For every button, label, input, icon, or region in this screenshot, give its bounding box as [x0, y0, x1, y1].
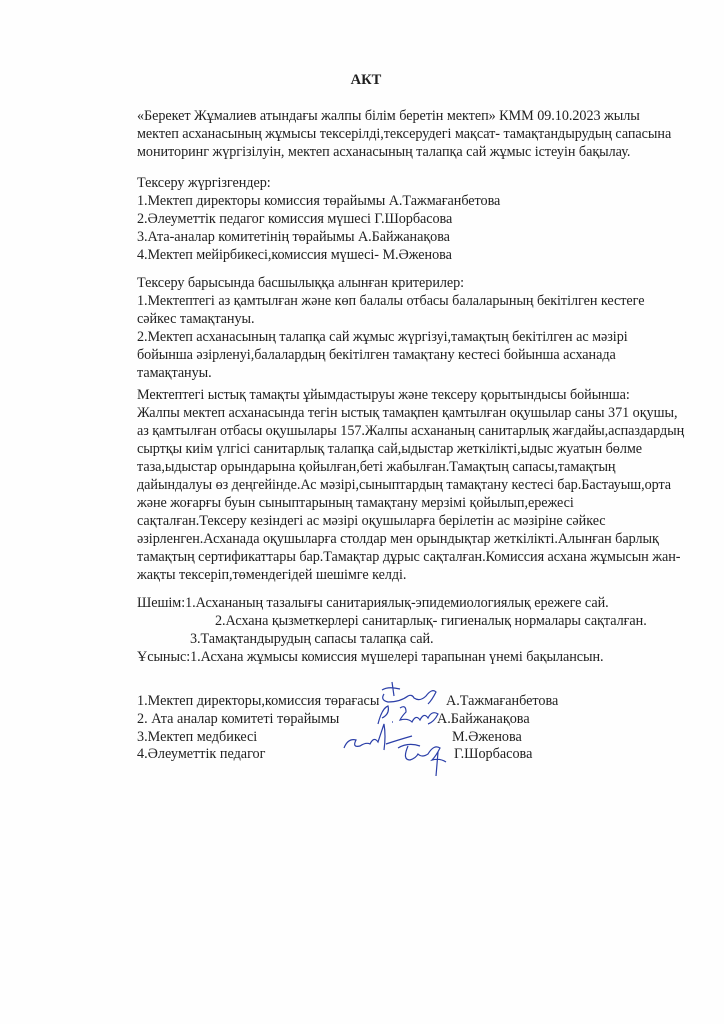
- results-line: әзірленген.Асханада оқушыларға столдар м…: [137, 530, 717, 548]
- recommendation-line: Ұсыныс:1.Асхана жұмысы комиссия мүшелері…: [137, 648, 717, 666]
- results-line: тамақтың сертификаттары бар.Тамақтар дұр…: [137, 548, 717, 566]
- decision-section: Шешім:1.Асхананың тазалығы санитариялық-…: [137, 594, 717, 666]
- signature-name: А.Тажмағанбетова: [446, 693, 558, 710]
- intro-line: «Берекет Жұмалиев атындағы жалпы білім б…: [137, 107, 717, 125]
- inspector-item: 4.Мектеп мейірбикесі,комиссия мүшесі- М.…: [137, 246, 717, 264]
- handwritten-signature-icon: [396, 738, 466, 778]
- signature-role: 3.Мектеп медбикесі: [137, 729, 257, 746]
- results-heading: Мектептегі ыстық тамақты ұйымдастыруы жә…: [137, 386, 717, 404]
- intro-line: мектеп асханасының жұмысы тексерілді,тек…: [137, 125, 717, 143]
- criteria-line: сәйкес тамақтануы.: [137, 310, 717, 328]
- criteria-line: бойынша әзірленуі,балалардың бекітілген …: [137, 346, 717, 364]
- signature-role: 4.Әлеуметтік педагог: [137, 746, 265, 763]
- criteria-line: 1.Мектептегі аз қамтылған және көп балал…: [137, 292, 717, 310]
- criteria-line: 2.Мектеп асханасының талапқа сай жұмыс ж…: [137, 328, 717, 346]
- signature-role: 2. Ата аналар комитеті төрайымы: [137, 711, 339, 728]
- inspectors-section: Тексеру жүргізгендер: 1.Мектеп директоры…: [137, 174, 717, 264]
- intro-paragraph: «Берекет Жұмалиев атындағы жалпы білім б…: [137, 107, 717, 161]
- criteria-section: Тексеру барысында басшылыққа алынған кри…: [137, 274, 717, 382]
- criteria-heading: Тексеру барысында басшылыққа алынған кри…: [137, 274, 717, 292]
- signature-role: 1.Мектеп директоры,комиссия төрағасы: [137, 693, 379, 710]
- results-section: Мектептегі ыстық тамақты ұйымдастыруы жә…: [137, 386, 717, 584]
- results-line: аз қамтылған отбасы оқушылары 157.Жалпы …: [137, 422, 717, 440]
- results-line: және жоғарғы буын сыныптарының тамақтану…: [137, 494, 717, 512]
- results-line: сақталған.Тексеру кезіндегі ас мәзірі оқ…: [137, 512, 717, 530]
- inspectors-heading: Тексеру жүргізгендер:: [137, 174, 717, 192]
- decision-line: Шешім:1.Асхананың тазалығы санитариялық-…: [137, 594, 717, 612]
- criteria-line: тамақтануы.: [137, 364, 717, 382]
- inspector-item: 3.Ата-аналар комитетінің төрайымы А.Байж…: [137, 228, 717, 246]
- inspector-item: 2.Әлеуметтік педагог комиссия мүшесі Г.Ш…: [137, 210, 717, 228]
- results-line: жақты тексеріп,төмендегідей шешімге келд…: [137, 566, 717, 584]
- results-line: таза,ыдыстар орындарына қойылған,беті жа…: [137, 458, 717, 476]
- intro-line: мониторинг жүргізілуін, мектеп асханасын…: [137, 143, 717, 161]
- results-line: дайындалуы өз деңгейінде.Ас мәзірі,сынып…: [137, 476, 717, 494]
- inspector-item: 1.Мектеп директоры комиссия төрайымы А.Т…: [137, 192, 717, 210]
- decision-line: 2.Асхана қызметкерлері санитарлық- гигие…: [137, 612, 717, 630]
- document-page: АКТ «Берекет Жұмалиев атындағы жалпы біл…: [0, 0, 724, 1024]
- results-line: Жалпы мектеп асханасында тегін ыстық там…: [137, 404, 717, 422]
- decision-line: 3.Тамақтандырудың сапасы талапқа сай.: [137, 630, 717, 648]
- results-line: сыртқы киім үлгісі санитарлық талапқа са…: [137, 440, 717, 458]
- document-title: АКТ: [0, 72, 724, 89]
